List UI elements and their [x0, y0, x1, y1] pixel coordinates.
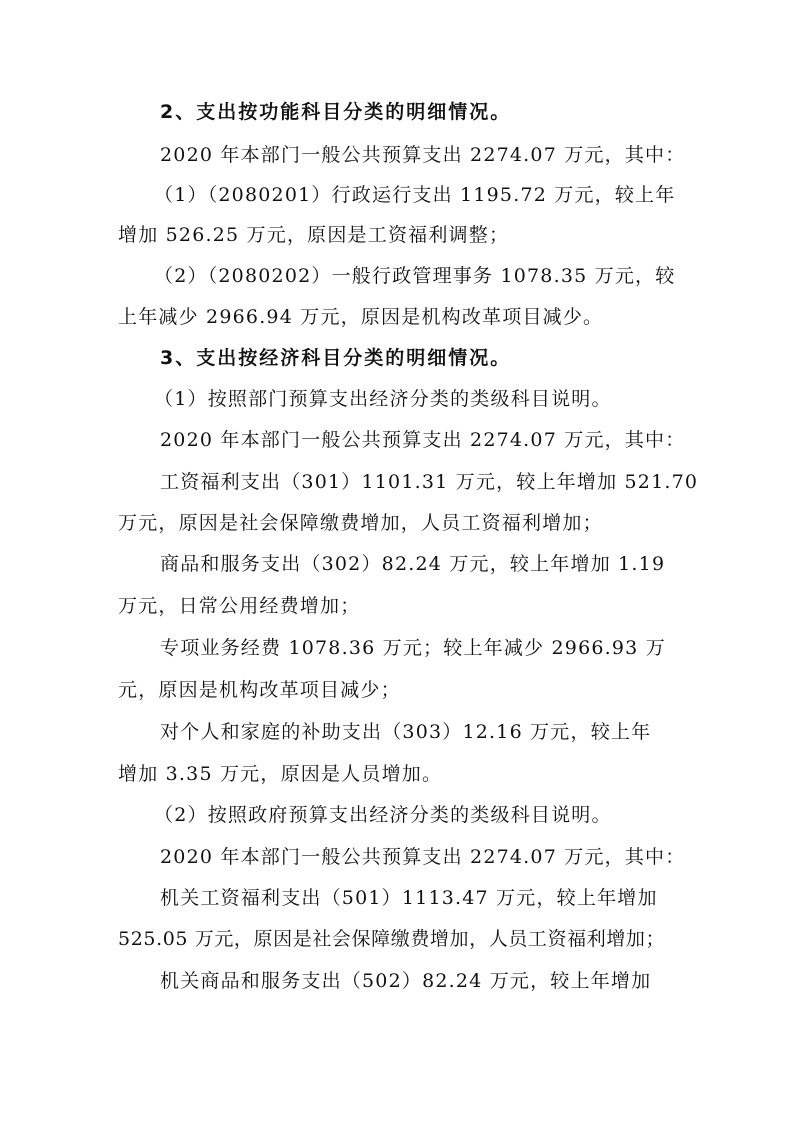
paragraph-line: （2）（2080202）一般行政管理事务 1078.35 万元，较 — [154, 264, 714, 288]
paragraph-line: 专项业务经费 1078.36 万元；较上年减少 2966.93 万 — [160, 636, 720, 660]
document-page: 2、支出按功能科目分类的明细情况。 2020 年本部门一般公共预算支出 2274… — [0, 0, 793, 1122]
paragraph-line: 增加 526.25 万元，原因是工资福利调整； — [118, 223, 678, 247]
paragraph-line: 工资福利支出（301）1101.31 万元，较上年增加 521.70 — [160, 470, 720, 494]
paragraph-line: 2020 年本部门一般公共预算支出 2274.07 万元，其中： — [160, 428, 720, 452]
paragraph-line: 525.05 万元，原因是社会保障缴费增加，人员工资福利增加； — [118, 927, 678, 951]
paragraph-line: 对个人和家庭的补助支出（303）12.16 万元，较上年 — [160, 720, 720, 744]
section-heading-functional: 2、支出按功能科目分类的明细情况。 — [160, 100, 720, 124]
paragraph-line: 商品和服务支出（302）82.24 万元，较上年增加 1.19 — [160, 552, 720, 576]
subsection-heading: （2）按照政府预算支出经济分类的类级科目说明。 — [154, 803, 714, 827]
section-heading-economic: 3、支出按经济科目分类的明细情况。 — [160, 346, 720, 370]
paragraph-line: 万元，日常公用经费增加； — [118, 594, 678, 618]
paragraph-line: 元，原因是机构改革项目减少； — [118, 678, 678, 702]
paragraph-line: （1）（2080201）行政运行支出 1195.72 万元，较上年 — [154, 183, 714, 207]
subsection-heading: （1）按照部门预算支出经济分类的类级科目说明。 — [154, 387, 714, 411]
paragraph-line: 2020 年本部门一般公共预算支出 2274.07 万元，其中： — [160, 845, 720, 869]
paragraph-line: 增加 3.35 万元，原因是人员增加。 — [118, 762, 678, 786]
paragraph-line: 机关工资福利支出（501）1113.47 万元，较上年增加 — [160, 886, 720, 910]
paragraph-line: 机关商品和服务支出（502）82.24 万元，较上年增加 — [160, 969, 720, 993]
paragraph-line: 上年减少 2966.94 万元，原因是机构改革项目减少。 — [118, 305, 678, 329]
paragraph-line: 万元，原因是社会保障缴费增加，人员工资福利增加； — [118, 511, 678, 535]
paragraph-line: 2020 年本部门一般公共预算支出 2274.07 万元，其中： — [160, 143, 720, 167]
